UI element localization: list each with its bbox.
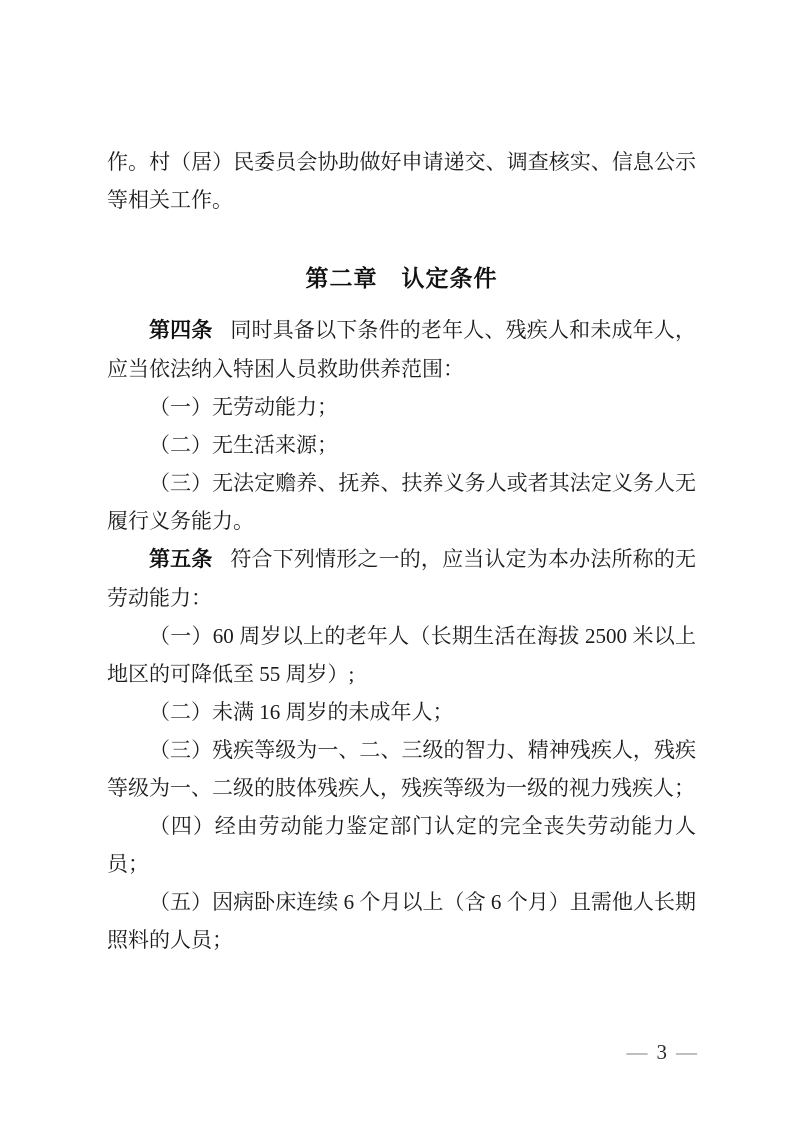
footer-dash-left: — [627, 1036, 648, 1068]
page-footer: — 3 — [627, 1036, 698, 1068]
document-page: 作。村（居）民委员会协助做好申请递交、调查核实、信息公示等相关工作。 第二章 认… [0, 0, 793, 1122]
article-4-number: 第四条 [149, 319, 213, 342]
article-5-paragraph: 第五条符合下列情形之一的，应当认定为本办法所称的无劳动能力： [107, 540, 696, 617]
footer-dash-right: — [676, 1036, 697, 1068]
article-5-item-2: （二）未满 16 周岁的未成年人； [107, 693, 696, 731]
article-5-item-5: （五）因病卧床连续 6 个月以上（含 6 个月）且需他人长期照料的人员； [107, 883, 696, 959]
article-5-number: 第五条 [149, 548, 213, 571]
article-4-item-3: （三）无法定赡养、抚养、扶养义务人或者其法定义务人无履行义务能力。 [107, 464, 696, 540]
chapter-heading: 第二章 认定条件 [107, 259, 696, 297]
article-5-item-3: （三）残疾等级为一、二、三级的智力、精神残疾人，残疾等级为一、二级的肢体残疾人，… [107, 731, 696, 807]
page-number: 3 [657, 1036, 668, 1068]
continuation-paragraph: 作。村（居）民委员会协助做好申请递交、调查核实、信息公示等相关工作。 [107, 143, 696, 219]
article-5-item-4: （四）经由劳动能力鉴定部门认定的完全丧失劳动能力人员； [107, 807, 696, 883]
article-4-paragraph: 第四条同时具备以下条件的老年人、残疾人和未成年人，应当依法纳入特困人员救助供养范… [107, 311, 696, 388]
document-body: 作。村（居）民委员会协助做好申请递交、调查核实、信息公示等相关工作。 第二章 认… [107, 143, 696, 959]
article-4-item-2: （二）无生活来源； [107, 426, 696, 464]
article-4-item-1: （一）无劳动能力； [107, 388, 696, 426]
article-5-item-1: （一）60 周岁以上的老年人（长期生活在海拔 2500 米以上地区的可降低至 5… [107, 617, 696, 693]
